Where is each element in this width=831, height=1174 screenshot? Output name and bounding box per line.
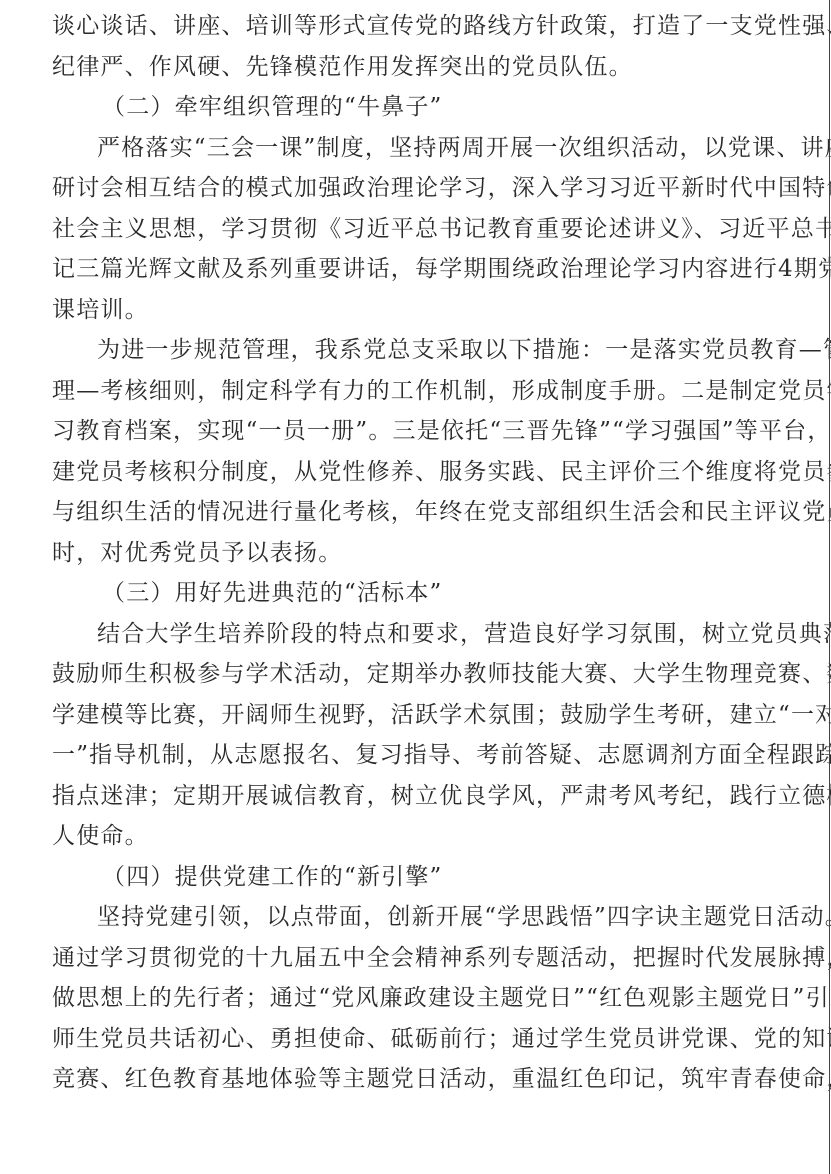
section-heading: （三）用好先进典范的“活标本” xyxy=(52,573,782,614)
text-line: 师生党员共话初心、勇担使命、砥砺前行；通过学生党员讲党课、党的知识 xyxy=(52,1019,782,1060)
text-line: 做思想上的先行者；通过“党风廉政建设主题党日”“红色观影主题党日”引导 xyxy=(52,978,782,1019)
paragraph-start: 严格落实“三会一课”制度，坚持两周开展一次组织活动，以党课、讲座、 xyxy=(52,128,782,169)
text-line: 研讨会相互结合的模式加强政治理论学习，深入学习习近平新时代中国特色 xyxy=(52,168,782,209)
text-line: 建党员考核积分制度，从党性修养、服务实践、民主评价三个维度将党员参 xyxy=(52,452,782,493)
text-line: 记三篇光辉文献及系列重要讲话，每学期围绕政治理论学习内容进行4期党 xyxy=(52,249,782,290)
text-line: 一”指导机制，从志愿报名、复习指导、考前答疑、志愿调剂方面全程跟踪 xyxy=(52,735,782,776)
section-heading: （四）提供党建工作的“新引擎” xyxy=(52,857,782,898)
text-line: 习教育档案，实现“一员一册”。三是依托“三晋先锋”“学习强国”等平台，创 xyxy=(52,411,782,452)
text-line: 竞赛、红色教育基地体验等主题党日活动，重温红色印记，筑牢青春使命， xyxy=(52,1059,782,1100)
text-line: 与组织生活的情况进行量化考核，年终在党支部组织生活会和民主评议党员 xyxy=(52,492,782,533)
document-page: 谈心谈话、讲座、培训等形式宣传党的路线方针政策，打造了一支党性强、 纪律严、作风… xyxy=(52,6,782,1100)
text-line: 时，对优秀党员予以表扬。 xyxy=(52,533,782,574)
text-line: 纪律严、作风硬、先锋模范作用发挥突出的党员队伍。 xyxy=(52,47,782,88)
page-edge-border xyxy=(829,0,830,1174)
paragraph-start: 结合大学生培养阶段的特点和要求，营造良好学习氛围，树立党员典范， xyxy=(52,614,782,655)
paragraph-start: 坚持党建引领，以点带面，创新开展“学思践悟”四字诀主题党日活动。 xyxy=(52,897,782,938)
text-line: 鼓励师生积极参与学术活动，定期举办教师技能大赛、大学生物理竞赛、数 xyxy=(52,654,782,695)
paragraph-start: 为进一步规范管理，我系党总支采取以下措施：一是落实党员教育—管 xyxy=(52,330,782,371)
text-line: 谈心谈话、讲座、培训等形式宣传党的路线方针政策，打造了一支党性强、 xyxy=(52,6,782,47)
text-line: 通过学习贯彻党的十九届五中全会精神系列专题活动，把握时代发展脉搏， xyxy=(52,938,782,979)
text-line: 课培训。 xyxy=(52,290,782,331)
text-line: 人使命。 xyxy=(52,816,782,857)
text-line: 社会主义思想，学习贯彻《习近平总书记教育重要论述讲义》、习近平总书 xyxy=(52,209,782,250)
text-line: 指点迷津；定期开展诚信教育，树立优良学风，严肃考风考纪，践行立德树 xyxy=(52,776,782,817)
text-line: 学建模等比赛，开阔师生视野，活跃学术氛围；鼓励学生考研，建立“一对 xyxy=(52,695,782,736)
text-line: 理—考核细则，制定科学有力的工作机制，形成制度手册。二是制定党员学 xyxy=(52,371,782,412)
section-heading: （二）牵牢组织管理的“牛鼻子” xyxy=(52,87,782,128)
